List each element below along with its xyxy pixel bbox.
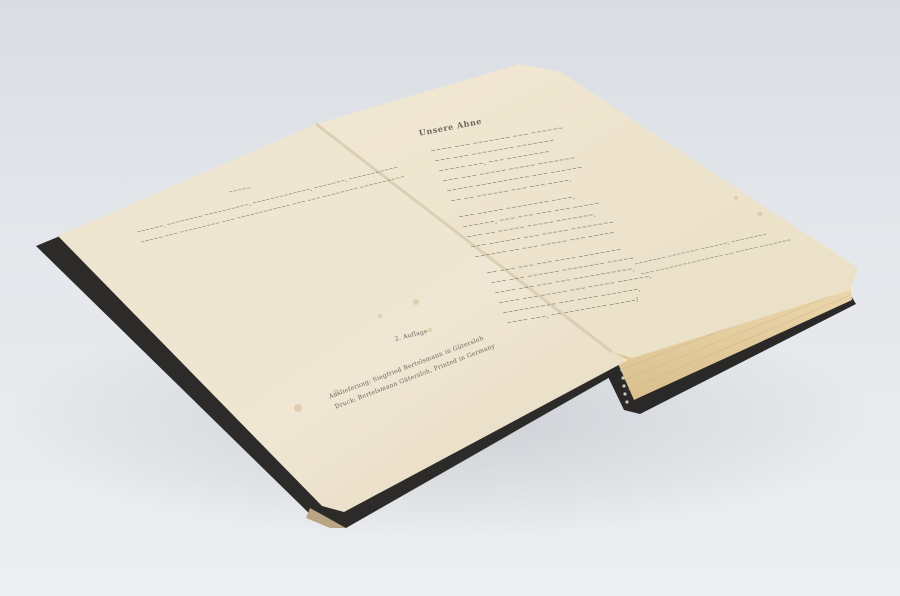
- photo-scene: Unsere Ahne ~~~~ ~~~ ~~~~~~~ ~~~ ~~~~~~ …: [0, 0, 900, 596]
- book-illustration: [0, 0, 900, 596]
